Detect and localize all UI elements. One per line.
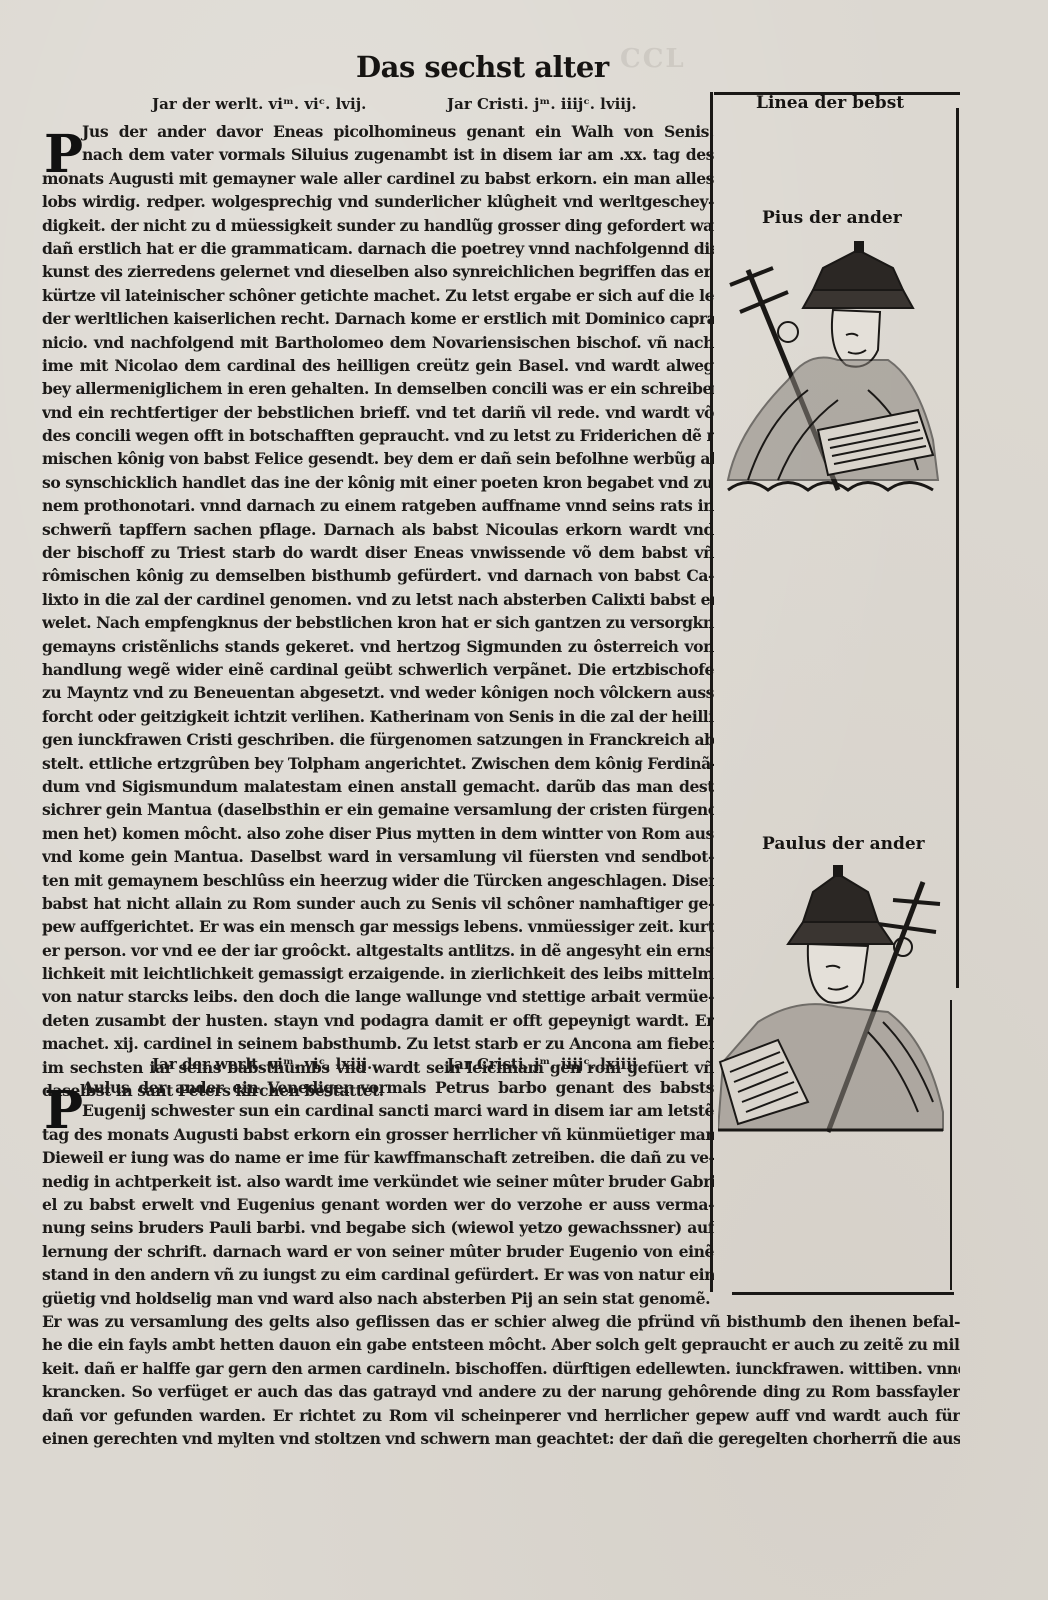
portrait-label-pius: Pius der ander (762, 208, 902, 228)
text-line: he die ein fayls ambt hetten dauon ein g… (42, 1333, 960, 1356)
bleed-through-text: CCL (620, 44, 686, 74)
text-line: Dieweil er iung was do name er ime für k… (42, 1146, 714, 1169)
text-line: der werltlichen kaiserlichen recht. Darn… (42, 307, 714, 330)
year-of-christ-1: Jar Cristi. jᵐ. iiijᶜ. lviij. (447, 95, 637, 113)
text-line: monats Augusti mit gemayner wale aller c… (42, 167, 714, 190)
text-line: ten mit gemaynem beschlûss ein heerzug w… (42, 869, 714, 892)
text-line: deten zusambt der husten. stayn vnd poda… (42, 1009, 714, 1032)
text-line: tag des monats Augusti babst erkorn ein … (42, 1123, 714, 1146)
text-line: nung seins bruders Pauli barbi. vnd bega… (42, 1216, 714, 1239)
text-line: lixto in die zal der cardinel genomen. v… (42, 588, 714, 611)
text-line: bey allermeniglichem in eren gehalten. I… (42, 377, 714, 400)
sidebar-rule-right-upper (956, 108, 959, 988)
pope-woodcut-pius-icon (718, 240, 948, 505)
text-line: keit. dañ er halffe gar gern den armen c… (42, 1357, 960, 1380)
text-line: stelt. ettliche ertzgrûben bey Tolpham a… (42, 752, 714, 775)
text-line: krancken. So verfüget er auch das das ga… (42, 1380, 960, 1403)
text-line: vnd ein rechtfertiger der bebstlichen br… (42, 401, 714, 424)
text-line: nicio. vnd nachfolgend mit Bartholomeo d… (42, 331, 714, 354)
text-line: forcht oder geitzigkeit ichtzit verlihen… (42, 705, 714, 728)
text-line: schwerñ tapffern sachen pflage. Darnach … (42, 518, 714, 541)
text-line: el zu babst erwelt vnd Eugenius genant w… (42, 1193, 714, 1216)
text-line: der bischoff zu Triest starb do wardt di… (42, 541, 714, 564)
text-column-paulus: Aulus der ander ein Venediger vormals Pe… (42, 1076, 714, 1310)
text-line: nach dem vater vormals Siluius zugenambt… (42, 143, 714, 166)
text-line: ime mit Nicolao dem cardinal des heillig… (42, 354, 714, 377)
text-line: kunst des zierredens gelernet vnd diesel… (42, 260, 714, 283)
text-line: güetig vnd holdselig man vnd ward also n… (42, 1287, 714, 1310)
text-line: lichkeit mit leichtlichkeit gemassigt er… (42, 962, 714, 985)
year-of-world-2: Jar der werlt. viᵐ. viᶜ. lxiij. (152, 1055, 372, 1073)
year-of-world-1: Jar der werlt. viᵐ. viᶜ. lvij. (152, 95, 366, 113)
sidebar-rule-left (710, 92, 713, 1292)
text-line: Jus der ander davor Eneas picolhomineus … (42, 120, 714, 143)
text-line: mischen kônig von babst Felice gesendt. … (42, 447, 714, 470)
text-line: dum vnd Sigismundum malatestam einen ans… (42, 775, 714, 798)
text-line: stand in den andern vñ zu iungst zu eim … (42, 1263, 714, 1286)
text-line: vnd kome gein Mantua. Daselbst ward in v… (42, 845, 714, 868)
text-fullwidth-paulus: Er was zu versamlung des gelts also gefl… (42, 1310, 714, 1450)
text-column-pius: Jus der ander davor Eneas picolhomineus … (42, 120, 714, 1102)
text-line: babst hat nicht allain zu Rom sunder auc… (42, 892, 714, 915)
text-line: Er was zu versamlung des gelts also gefl… (42, 1310, 960, 1333)
page-title: Das sechst alter (356, 50, 586, 84)
text-line: lernung der schrift. darnach ward er von… (42, 1240, 714, 1263)
text-line: rômischen kônig zu demselben bisthumb ge… (42, 564, 714, 587)
text-line: machet. xij. cardinel in seinem babsthum… (42, 1032, 714, 1055)
text-line: welet. Nach empfengknus der bebstlichen … (42, 611, 714, 634)
text-line: dañ erstlich hat er die grammaticam. dar… (42, 237, 714, 260)
book-page: CCL Das sechst alter Jar der werlt. viᵐ.… (0, 0, 1048, 1600)
text-line: sichrer gein Mantua (daselbsthin er ein … (42, 798, 714, 821)
text-line: zu Mayntz vnd zu Beneuentan abgesetzt. v… (42, 681, 714, 704)
text-line: er person. vor vnd ee der iar groôckt. a… (42, 939, 714, 962)
text-line: pew auffgerichtet. Er was ein mensch gar… (42, 915, 714, 938)
portrait-label-paulus: Paulus der ander (762, 834, 925, 854)
text-line: einen gerechten vnd mylten vnd stoltzen … (42, 1427, 960, 1450)
text-line: nem prothonotari. vnnd darnach zu einem … (42, 494, 714, 517)
text-line: dañ vor gefunden warden. Er richtet zu R… (42, 1404, 960, 1427)
sidebar-rule-bottom (732, 1292, 954, 1295)
text-line: von natur starcks leibs. den doch die la… (42, 985, 714, 1008)
text-line: nedig in achtperkeit ist. also wardt ime… (42, 1170, 714, 1193)
text-line: kürtze vil lateinischer schôner getichte… (42, 284, 714, 307)
text-line: handlung wegẽ wider einẽ cardinal geübt … (42, 658, 714, 681)
text-line: digkeit. der nicht zu d müessigkeit sund… (42, 214, 714, 237)
year-of-christ-2: Jar Cristi. jᵐ. iiijᶜ. lxiiij. (447, 1055, 643, 1073)
text-line: gemayns cristẽnlichs stands gekeret. vnd… (42, 635, 714, 658)
text-line: gen iunckfrawen Cristi geschriben. die f… (42, 728, 714, 751)
pope-woodcut-paulus-icon (718, 862, 948, 1137)
text-line: lobs wirdig. redper. wolgesprechig vnd s… (42, 190, 714, 213)
text-line: des concili wegen offt in botschafften g… (42, 424, 714, 447)
text-line: Aulus der ander ein Venediger vormals Pe… (42, 1076, 714, 1099)
sidebar-header: Linea der bebst (756, 93, 904, 113)
text-line: men het) komen môcht. also zohe diser Pi… (42, 822, 714, 845)
text-line: Eugenij schwester sun ein cardinal sanct… (42, 1099, 714, 1122)
sidebar-rule-right-lower (950, 1000, 952, 1290)
text-line: so synschicklich handlet das ine der kôn… (42, 471, 714, 494)
